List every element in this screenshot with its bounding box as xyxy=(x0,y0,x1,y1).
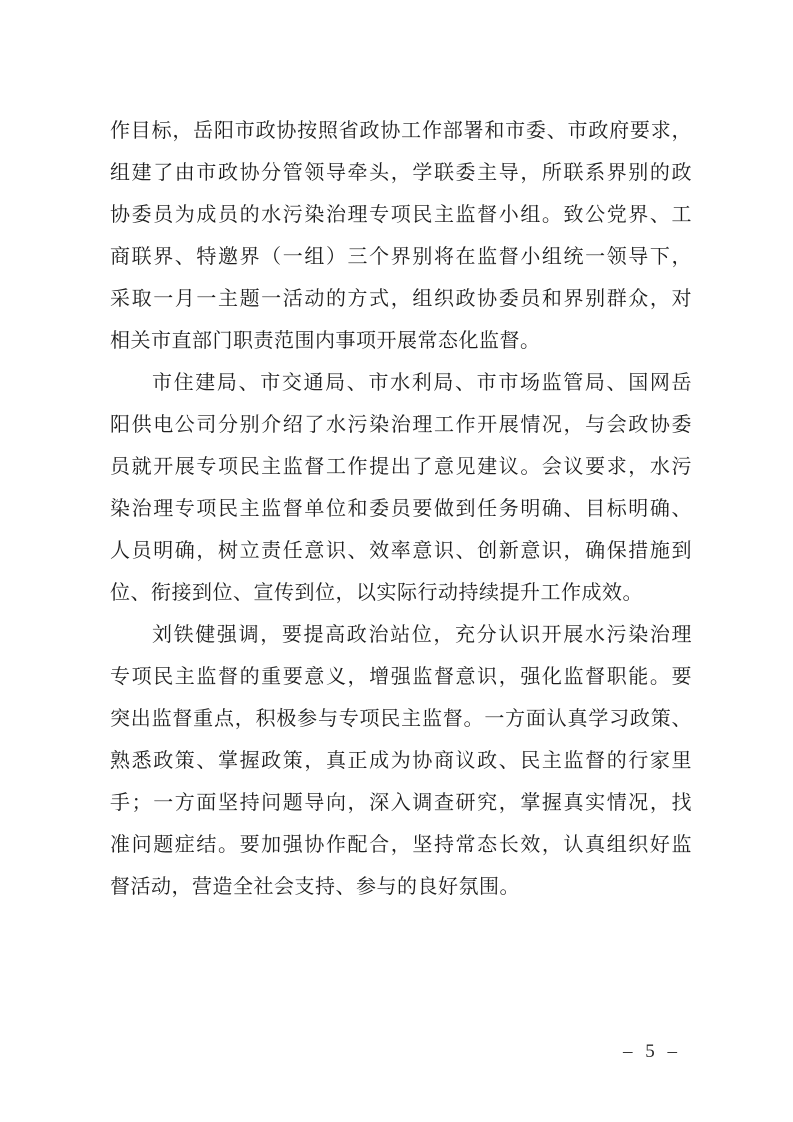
text-line: 督活动，营造全社会支持、参与的良好氛围。 xyxy=(110,866,692,908)
text-line: 染治理专项民主监督单位和委员要做到任务明确、目标明确、 xyxy=(110,488,692,530)
text-line: 商联界、特邀界（一组）三个界别将在监督小组统一领导下， xyxy=(110,236,692,278)
paragraph: 作目标，岳阳市政协按照省政协工作部署和市委、市政府要求，组建了由市政协分管领导牵… xyxy=(110,110,692,362)
document-page: 作目标，岳阳市政协按照省政协工作部署和市委、市政府要求，组建了由市政协分管领导牵… xyxy=(0,0,793,1122)
text-line: 阳供电公司分别介绍了水污染治理工作开展情况，与会政协委 xyxy=(110,404,692,446)
text-line: 员就开展专项民主监督工作提出了意见建议。会议要求，水污 xyxy=(110,446,692,488)
text-line: 熟悉政策、掌握政策，真正成为协商议政、民主监督的行家里 xyxy=(110,740,692,782)
text-line: 专项民主监督的重要意义，增强监督意识，强化监督职能。要 xyxy=(110,656,692,698)
text-line: 采取一月一主题一活动的方式，组织政协委员和界别群众，对 xyxy=(110,278,692,320)
text-line: 人员明确，树立责任意识、效率意识、创新意识，确保措施到 xyxy=(110,530,692,572)
text-line: 突出监督重点，积极参与专项民主监督。一方面认真学习政策、 xyxy=(110,698,692,740)
paragraph: 刘铁健强调，要提高政治站位，充分认识开展水污染治理专项民主监督的重要意义，增强监… xyxy=(110,614,692,908)
document-body: 作目标，岳阳市政协按照省政协工作部署和市委、市政府要求，组建了由市政协分管领导牵… xyxy=(110,110,692,908)
text-line: 准问题症结。要加强协作配合，坚持常态长效，认真组织好监 xyxy=(110,824,692,866)
text-line: 刘铁健强调，要提高政治站位，充分认识开展水污染治理 xyxy=(110,614,692,656)
text-line: 相关市直部门职责范围内事项开展常态化监督。 xyxy=(110,320,692,362)
page-number: – 5 – xyxy=(623,1040,681,1064)
text-line: 位、衔接到位、宣传到位，以实际行动持续提升工作成效。 xyxy=(110,572,692,614)
text-line: 组建了由市政协分管领导牵头，学联委主导，所联系界别的政 xyxy=(110,152,692,194)
text-line: 协委员为成员的水污染治理专项民主监督小组。致公党界、工 xyxy=(110,194,692,236)
paragraph: 市住建局、市交通局、市水利局、市市场监管局、国网岳阳供电公司分别介绍了水污染治理… xyxy=(110,362,692,614)
text-line: 市住建局、市交通局、市水利局、市市场监管局、国网岳 xyxy=(110,362,692,404)
text-line: 手；一方面坚持问题导向，深入调查研究，掌握真实情况，找 xyxy=(110,782,692,824)
text-line: 作目标，岳阳市政协按照省政协工作部署和市委、市政府要求， xyxy=(110,110,692,152)
